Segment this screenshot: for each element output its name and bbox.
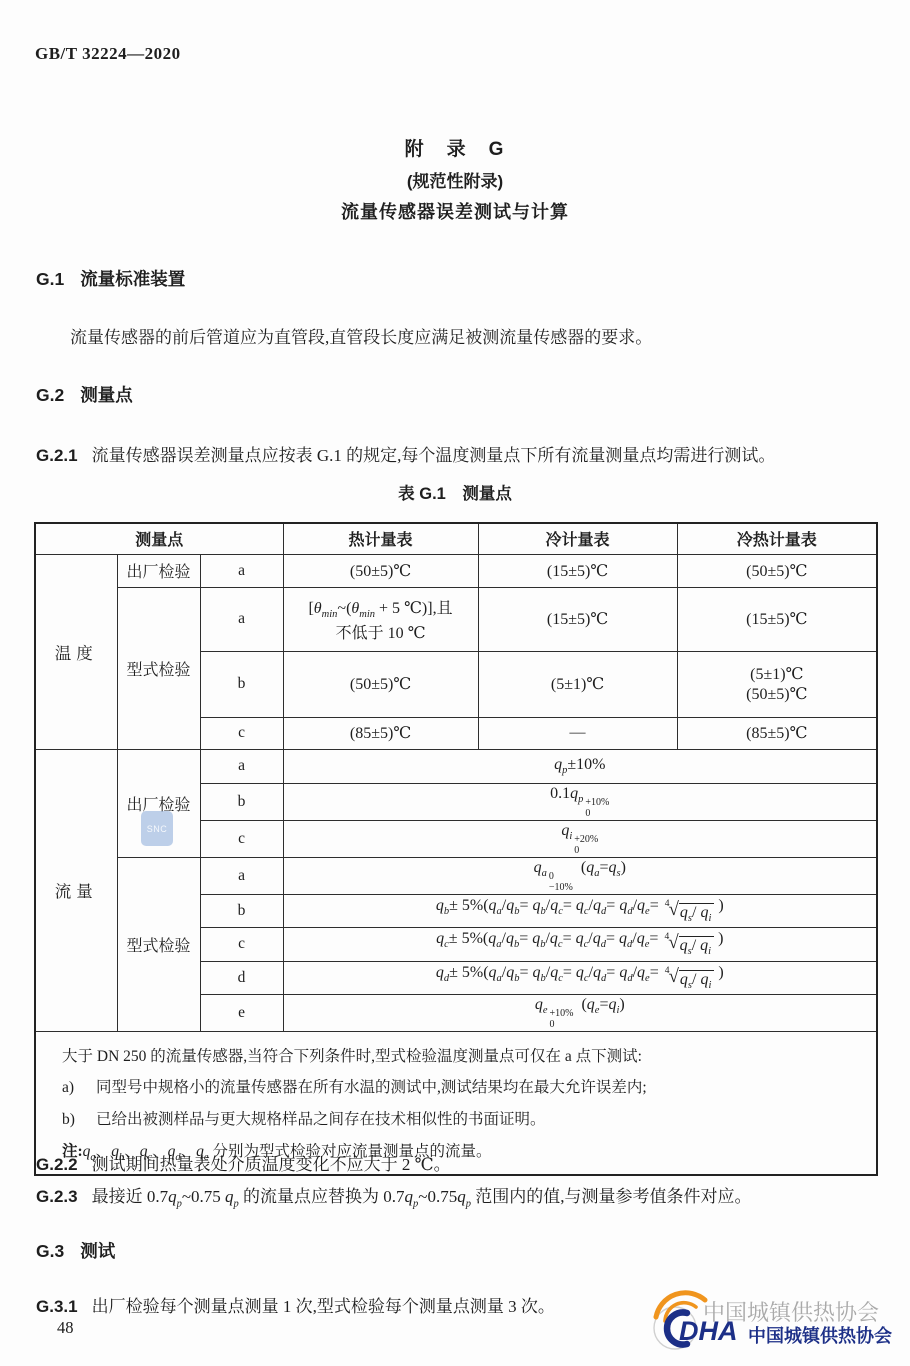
clause-number: G.3.1 (36, 1297, 78, 1316)
appendix-name: 流量传感器误差测试与计算 (0, 198, 910, 224)
point-letter: c (200, 820, 283, 857)
point-letter: a (200, 857, 283, 894)
footnote-item-b: b)已给出被测样品与更大规格样品之间存在技术相似性的书面证明。 (62, 1104, 862, 1136)
footnote-item-a: a)同型号中规格小的流量传感器在所有水温的测试中,测试结果均在最大允许误差内; (62, 1072, 862, 1104)
table-row: 型式检验 a qa0−10% (qa=qs) (35, 857, 877, 894)
table-cell: (5±1)℃ (478, 651, 677, 717)
table-cell: (85±5)℃ (283, 717, 478, 749)
watermark-stamp: SNC (141, 811, 173, 846)
table-cell-formula: 0.1qp+10%0 (283, 783, 877, 820)
table-cell: (15±5)℃ (478, 587, 677, 651)
table-cell: (50±5)℃ (283, 554, 478, 587)
point-letter: a (200, 749, 283, 783)
cdha-logo-graphic: 中国城镇供热协会 DHA 中国城镇供热协会 (648, 1290, 893, 1354)
table-cell: (50±5)℃ (677, 554, 877, 587)
point-letter: b (200, 783, 283, 820)
table-row: 型式检验 a [θmin~(θmin + 5 ℃)],且不低于 10 ℃ (15… (35, 587, 877, 651)
point-letter: d (200, 961, 283, 994)
paragraph-g1: 流量传感器的前后管道应为直管段,直管段长度应满足被测流量传感器的要求。 (36, 325, 874, 351)
section-title: 测量点 (80, 385, 133, 405)
point-letter: e (200, 994, 283, 1031)
table-cell-formula: [θmin~(θmin + 5 ℃)],且不低于 10 ℃ (283, 587, 478, 651)
table-cell-formula: qi+20%0 (283, 820, 877, 857)
section-title: 流量标准装置 (80, 269, 185, 289)
item-text: 已给出被测样品与更大规格样品之间存在技术相似性的书面证明。 (96, 1111, 546, 1128)
section-number: G.2 (36, 385, 64, 405)
cdha-logo: 中国城镇供热协会 DHA 中国城镇供热协会 (648, 1290, 893, 1354)
section-title: 测试 (80, 1241, 115, 1261)
clause-number: G.2.3 (36, 1187, 78, 1206)
cell-line: (50±5)℃ (746, 686, 807, 703)
logo-dha-text: DHA (679, 1316, 738, 1346)
document-page: GB/T 32224—2020 附 录 G (规范性附录) 流量传感器误差测试与… (0, 0, 910, 1366)
standard-number-header: GB/T 32224—2020 (35, 44, 181, 64)
clause-text: 最接近 0.7qp~0.75 qp 的流量点应替换为 0.7qp~0.75qp … (92, 1187, 752, 1206)
table-row: 流量 出厂检验 a qp±10% (35, 749, 877, 783)
clause-g22: G.2.2测试期间热量表处介质温度变化不应大于 2 ℃。 (36, 1152, 874, 1178)
appendix-subtitle: (规范性附录) (0, 167, 910, 192)
table-cell: (15±5)℃ (677, 587, 877, 651)
clause-g21: G.2.1流量传感器误差测量点应按表 G.1 的规定,每个温度测量点下所有流量测… (36, 443, 874, 469)
logo-name-text: 中国城镇供热协会 (748, 1325, 892, 1346)
section-number: G.1 (36, 269, 64, 289)
section-heading-g2: G.2测量点 (36, 382, 133, 407)
group-temperature: 温度 (35, 554, 117, 749)
clause-text: 流量传感器误差测量点应按表 G.1 的规定,每个温度测量点下所有流量测量点均需进… (92, 446, 776, 465)
header-heat-cool-meter: 冷热计量表 (677, 523, 877, 554)
table-cell-formula: qp±10% (283, 749, 877, 783)
header-measure-point: 测量点 (35, 523, 283, 554)
table-cell-two-line: (5±1)℃(50±5)℃ (677, 651, 877, 717)
header-cooling-meter: 冷计量表 (478, 523, 677, 554)
item-text: 同型号中规格小的流量传感器在所有水温的测试中,测试结果均在最大允许误差内; (96, 1079, 647, 1096)
clause-number: G.2.2 (36, 1155, 78, 1174)
point-letter: a (200, 587, 283, 651)
point-letter: c (200, 717, 283, 749)
table-cell-formula: qd± 5%(qa/qb= qb/qc= qc/qd= qd/qe= 4√qs/… (283, 961, 877, 994)
table-cell-formula: qb± 5%(qa/qb= qb/qc= qc/qd= qd/qe= 4√qs/… (283, 894, 877, 927)
page-number: 48 (57, 1318, 74, 1338)
point-letter: b (200, 894, 283, 927)
clause-g23: G.2.3最接近 0.7qp~0.75 qp 的流量点应替换为 0.7qp~0.… (36, 1184, 874, 1212)
point-letter: c (200, 927, 283, 961)
group-type-inspection: 型式检验 (117, 857, 200, 1031)
section-heading-g3: G.3测试 (36, 1238, 115, 1263)
group-flow: 流量 (35, 749, 117, 1031)
item-label: a) (62, 1072, 96, 1104)
point-letter: b (200, 651, 283, 717)
table-caption: 表 G.1 测量点 (0, 480, 910, 504)
table-cell: (85±5)℃ (677, 717, 877, 749)
table-cell: (15±5)℃ (478, 554, 677, 587)
section-heading-g1: G.1流量标准装置 (36, 266, 185, 291)
point-letter: a (200, 554, 283, 587)
table-row: 温度 出厂检验 a (50±5)℃ (15±5)℃ (50±5)℃ (35, 554, 877, 587)
table-header-row: 测量点 热计量表 冷计量表 冷热计量表 (35, 523, 877, 554)
section-number: G.3 (36, 1241, 64, 1261)
appendix-title: 附 录 G (0, 134, 910, 161)
item-label: b) (62, 1104, 96, 1136)
clause-text: 出厂检验每个测量点测量 1 次,型式检验每个测量点测量 3 次。 (92, 1297, 555, 1316)
table-cell-formula: qa0−10% (qa=qs) (283, 857, 877, 894)
clause-text: 测试期间热量表处介质温度变化不应大于 2 ℃。 (92, 1155, 451, 1174)
table-cell-formula: qe+10%0 (qe=qi) (283, 994, 877, 1031)
clause-number: G.2.1 (36, 446, 78, 465)
table-cell: (50±5)℃ (283, 651, 478, 717)
footnote-condition: 大于 DN 250 的流量传感器,当符合下列条件时,型式检验温度测量点可仅在 a… (62, 1041, 862, 1073)
cell-line: (5±1)℃ (750, 666, 803, 683)
table-cell-formula: qc± 5%(qa/qb= qb/qc= qc/qd= qd/qe= 4√qs/… (283, 927, 877, 961)
group-type-inspection: 型式检验 (117, 587, 200, 749)
group-factory-inspection: 出厂检验 (117, 554, 200, 587)
header-heat-meter: 热计量表 (283, 523, 478, 554)
table-cell: — (478, 717, 677, 749)
measurement-points-table: 测量点 热计量表 冷计量表 冷热计量表 温度 出厂检验 a (50±5)℃ (1… (34, 522, 878, 1176)
